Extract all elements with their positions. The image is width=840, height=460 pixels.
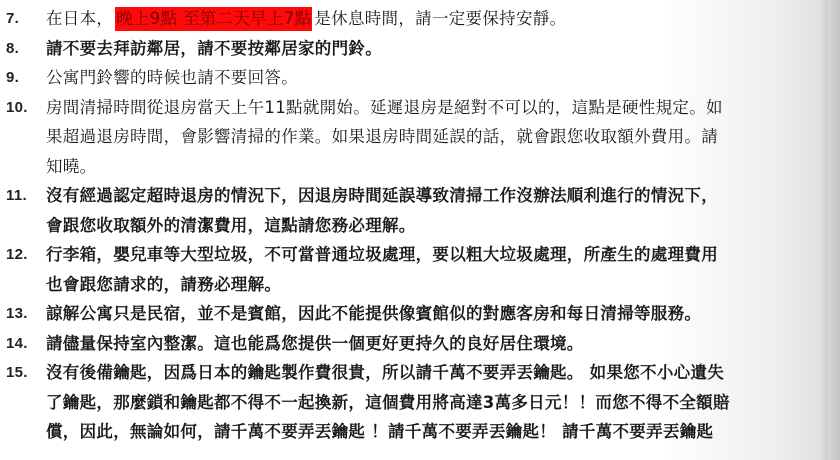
house-rules-list: 7. 在日本，晚上9點 至第二天早上7點是休息時間，請一定要保持安靜。 8. 請… [0, 4, 800, 447]
item-number: 11. [6, 181, 27, 211]
item-number: 14. [6, 329, 28, 359]
item-line: 知曉。 [46, 152, 800, 182]
item-line: 在日本，晚上9點 至第二天早上7點是休息時間，請一定要保持安靜。 [46, 4, 800, 34]
item-line: 沒有經過認定超時退房的情況下，因退房時間延誤導致清掃工作沒辦法順利進行的情況下， [46, 181, 800, 211]
highlighted-quiet-hours: 晚上9點 至第二天早上7點 [115, 7, 312, 31]
item-line: 會跟您收取額外的清潔費用，這點請您務必理解。 [46, 211, 800, 241]
item-number: 7. [6, 4, 19, 34]
item-number: 8. [6, 34, 19, 64]
list-item-12: 12. 行李箱，嬰兒車等大型垃圾，不可當普通垃圾處理，要以粗大垃圾處理，所產生的… [0, 240, 800, 299]
list-item-14: 14. 請儘量保持室內整潔。這也能爲您提供一個更好更持久的良好居住環境。 [0, 329, 800, 359]
item-number: 9. [6, 63, 19, 93]
item-line: 果超過退房時間，會影響清掃的作業。如果退房時間延誤的話，就會跟您收取額外費用。請 [46, 122, 800, 152]
list-item-11: 11. 沒有經過認定超時退房的情況下，因退房時間延誤導致清掃工作沒辦法順利進行的… [0, 181, 800, 240]
list-item-10: 10. 房間清掃時間從退房當天上午11點就開始。延遲退房是絕對不可以的，這點是硬… [0, 93, 800, 182]
item-number: 10. [6, 93, 28, 123]
list-item-9: 9. 公寓門鈴響的時候也請不要回答。 [0, 63, 800, 93]
item-line: 公寓門鈴響的時候也請不要回答。 [46, 63, 800, 93]
item-text: 在日本， [46, 9, 113, 28]
item-line: 請不要去拜訪鄰居，請不要按鄰居家的門鈴。 [46, 34, 800, 64]
item-line: 請儘量保持室內整潔。這也能爲您提供一個更好更持久的良好居住環境。 [46, 329, 800, 359]
item-line: 也會跟您請求的，請務必理解。 [46, 270, 800, 300]
item-number: 13. [6, 299, 28, 329]
list-item-15: 15. 沒有後備鑰匙，因爲日本的鑰匙製作費很貴，所以請千萬不要弄丟鑰匙。 如果您… [0, 358, 800, 447]
document-page: 7. 在日本，晚上9點 至第二天早上7點是休息時間，請一定要保持安靜。 8. 請… [0, 0, 840, 460]
item-line: 沒有後備鑰匙，因爲日本的鑰匙製作費很貴，所以請千萬不要弄丟鑰匙。 如果您不小心遺… [46, 358, 800, 388]
item-line: 了鑰匙，那麼鎖和鑰匙都不得不一起換新，這個費用將高達3萬多日元！！而您不得不全額… [46, 388, 800, 418]
item-line: 房間清掃時間從退房當天上午11點就開始。延遲退房是絕對不可以的，這點是硬性規定。… [46, 93, 800, 123]
item-line: 諒解公寓只是民宿，並不是賓館，因此不能提供像賓館似的對應客房和每日清掃等服務。 [46, 299, 800, 329]
item-line: 行李箱，嬰兒車等大型垃圾，不可當普通垃圾處理，要以粗大垃圾處理，所產生的處理費用 [46, 240, 800, 270]
list-item-13: 13. 諒解公寓只是民宿，並不是賓館，因此不能提供像賓館似的對應客房和每日清掃等… [0, 299, 800, 329]
item-number: 12. [6, 240, 28, 270]
list-item-7: 7. 在日本，晚上9點 至第二天早上7點是休息時間，請一定要保持安靜。 [0, 4, 800, 34]
page-edge-shadow [828, 0, 840, 460]
item-line: 償，因此，無論如何，請千萬不要弄丟鑰匙 ！請千萬不要弄丟鑰匙！ 請千萬不要弄丟鑰… [46, 417, 800, 447]
item-number: 15. [6, 358, 28, 388]
list-item-8: 8. 請不要去拜訪鄰居，請不要按鄰居家的門鈴。 [0, 34, 800, 64]
item-text: 是休息時間，請一定要保持安靜。 [314, 9, 566, 28]
